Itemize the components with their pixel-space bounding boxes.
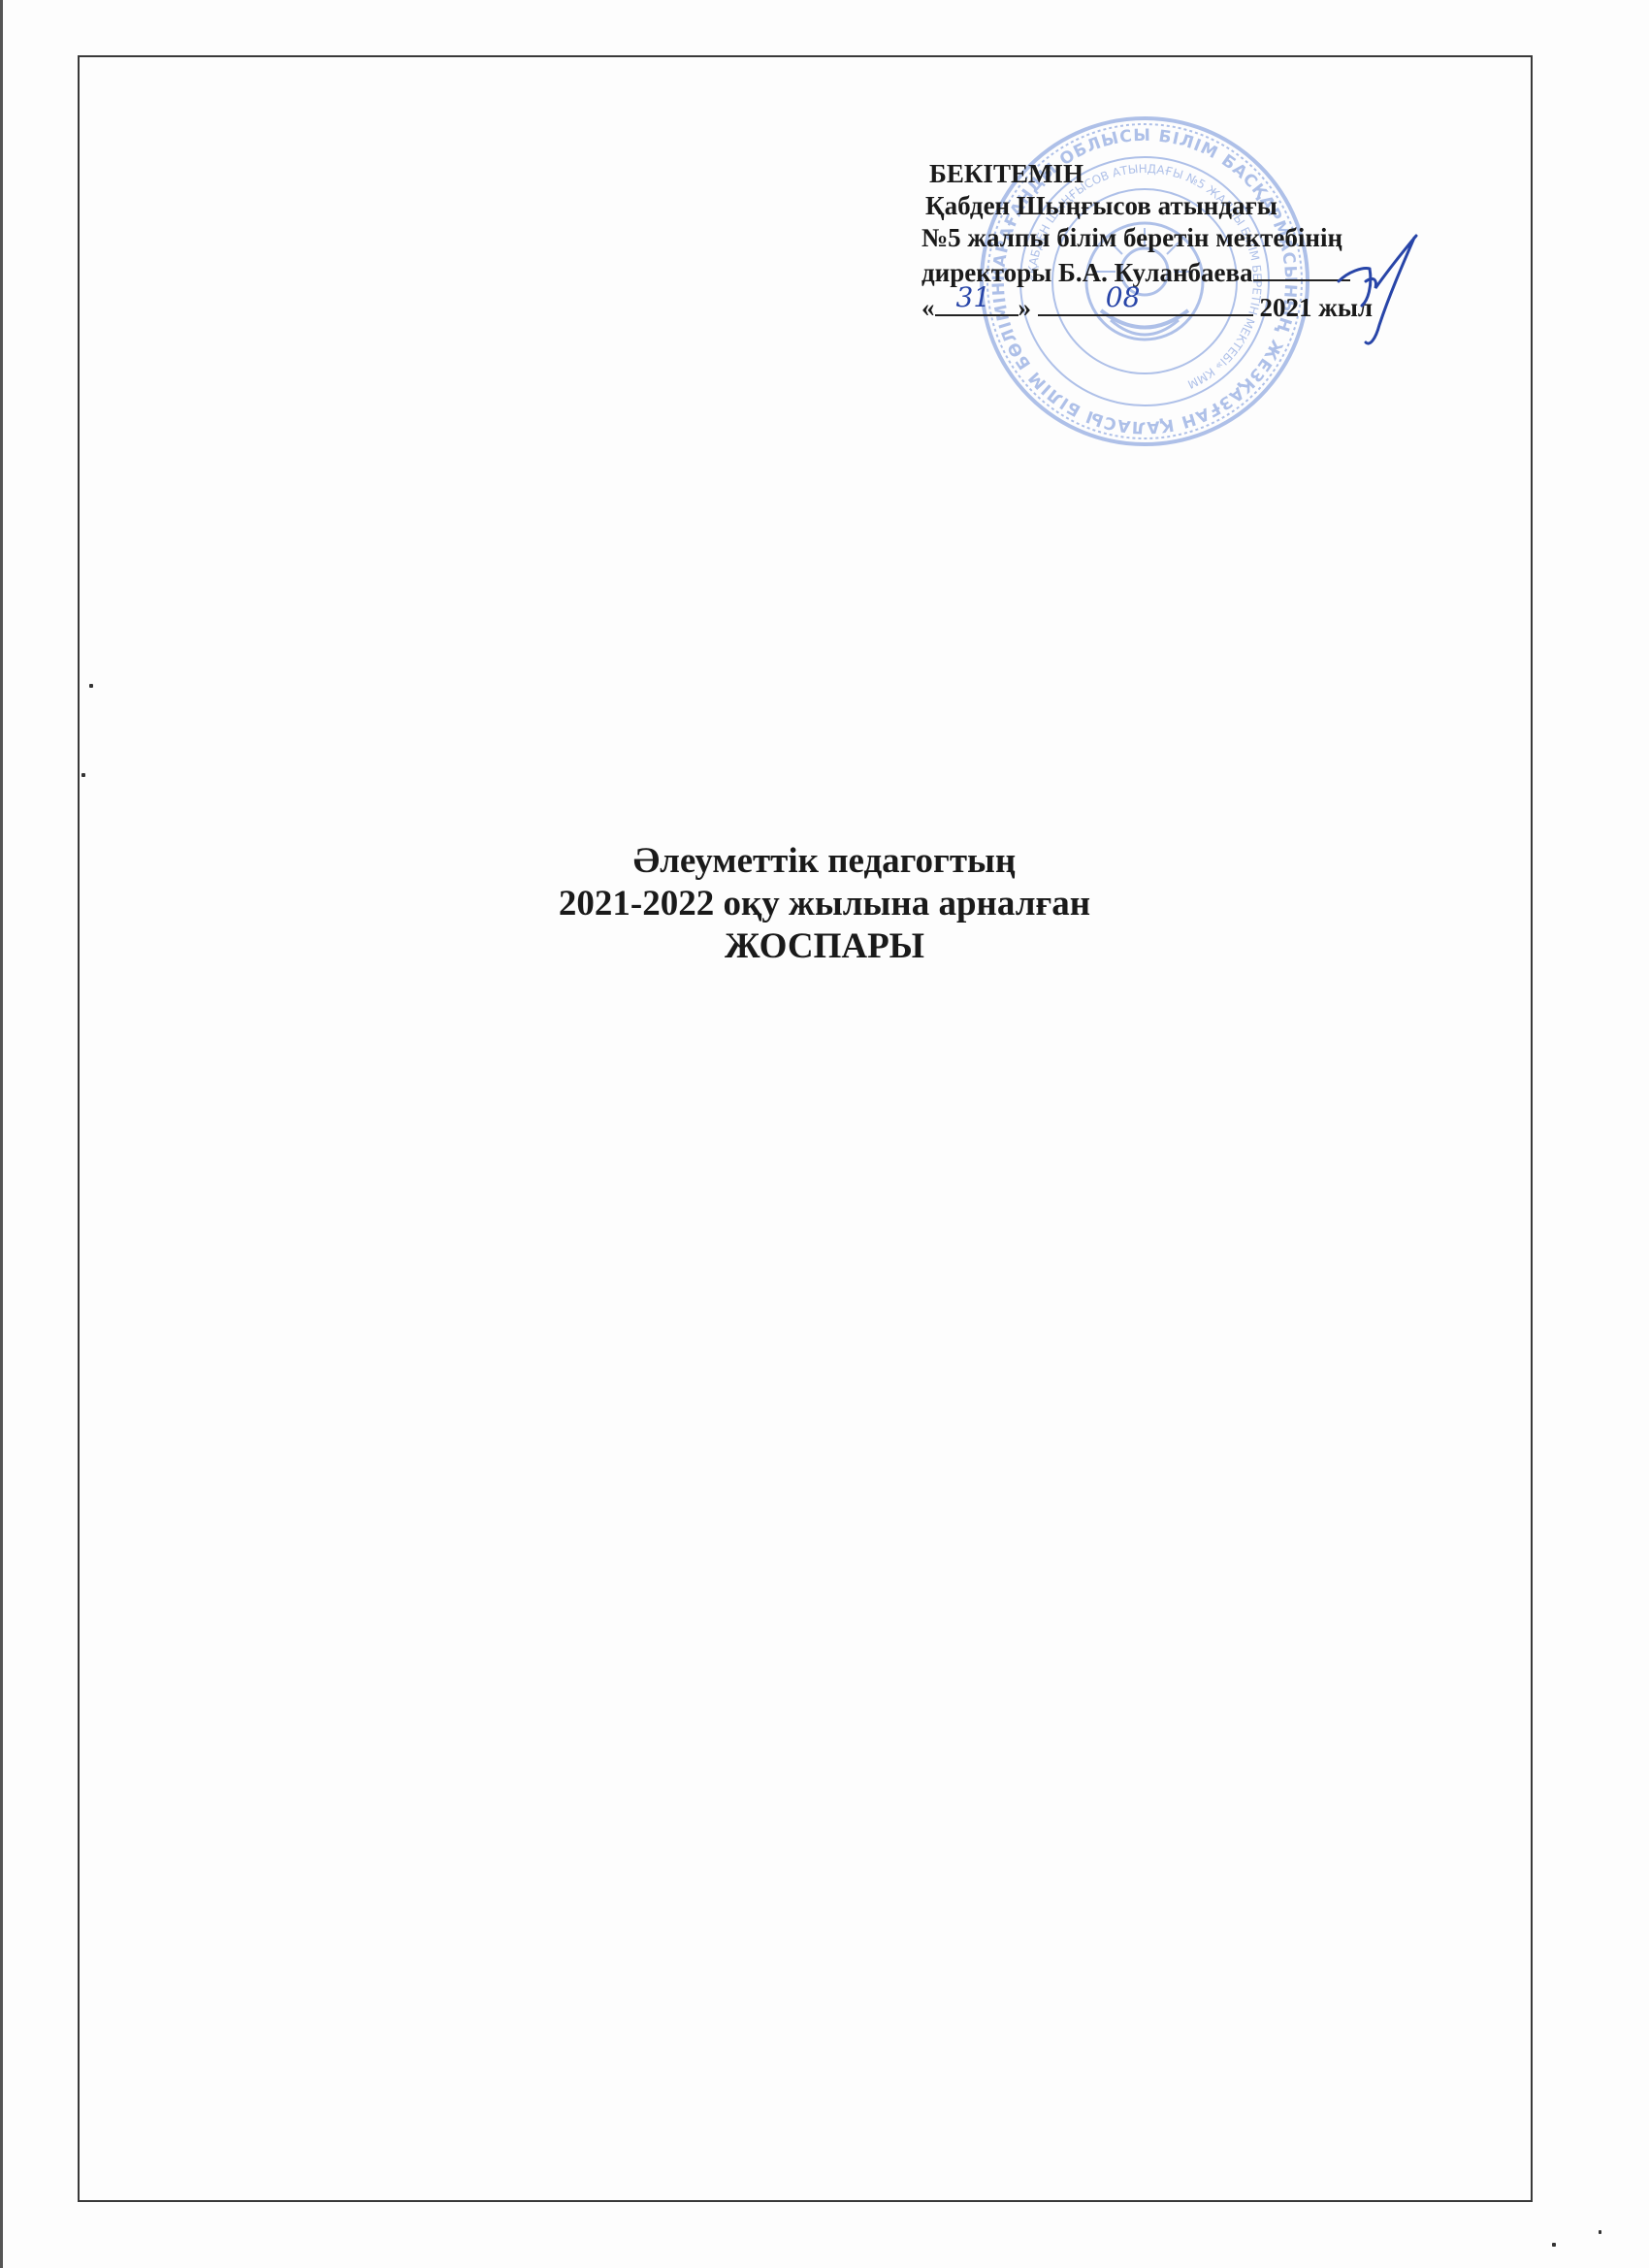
scan-speck xyxy=(81,773,85,777)
approval-school-name: Қабден Шыңғысов атындағы xyxy=(921,190,1484,222)
scan-speck xyxy=(1599,2230,1601,2234)
approval-heading: БЕКІТЕМІН xyxy=(921,158,1484,190)
title-line-2: 2021-2022 оқу жылына арналған xyxy=(0,883,1649,925)
document-title: Әлеуметтік педагогтың 2021-2022 оқу жылы… xyxy=(0,840,1649,968)
page-border-frame xyxy=(78,55,1533,2202)
date-month-field: 08 xyxy=(1038,289,1253,316)
signature-icon xyxy=(1319,228,1436,354)
title-line-3: ЖОСПАРЫ xyxy=(0,925,1649,968)
scan-edge xyxy=(0,0,3,2268)
date-day-field: 31 xyxy=(935,289,1018,316)
date-close-quote: » xyxy=(1018,293,1032,322)
date-month-value: 08 xyxy=(1106,281,1141,313)
date-open-quote: « xyxy=(921,293,935,322)
title-line-1: Әлеуметтік педагогтың xyxy=(0,840,1649,883)
scan-speck xyxy=(89,684,93,688)
date-day-value: 31 xyxy=(956,281,991,313)
scan-speck xyxy=(1552,2243,1556,2247)
